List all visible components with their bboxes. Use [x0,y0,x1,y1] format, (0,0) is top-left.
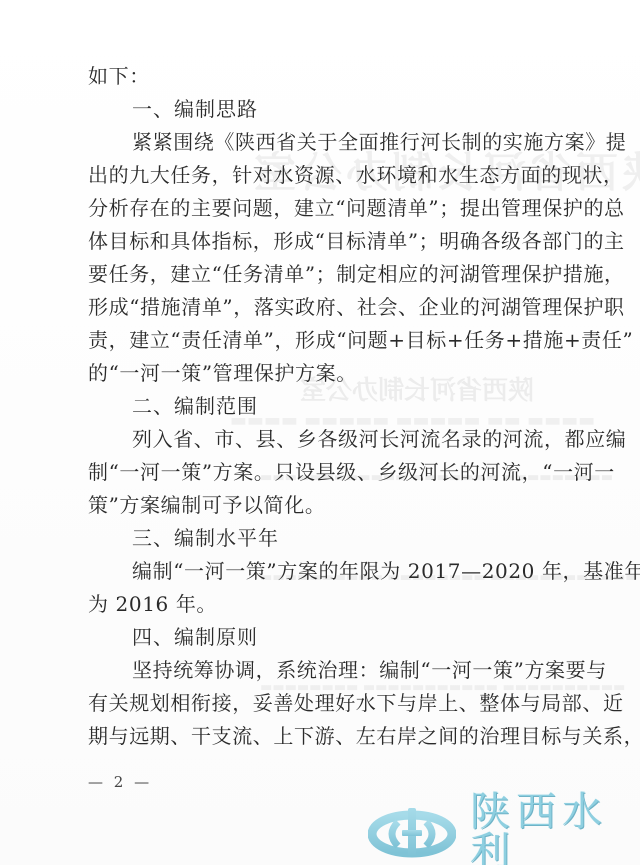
paragraph-line: 策”方案编制可予以简化。 [88,489,550,522]
page-number: — 2 — [88,773,152,791]
paragraph-line: 分析存在的主要问题，建立“问题清单”；提出管理保护的总 [88,192,550,225]
paragraph-line: 要任务，建立“任务清单”；制定相应的河湖管理保护措施， [88,258,550,291]
paragraph-line: 有关规划相衔接，妥善处理好水下与岸上、整体与局部、近 [88,687,550,720]
paragraph-line: 出的九大任务，针对水资源、水环境和水生态方面的现状， [88,159,550,192]
paragraph-line: 编制“一河一策”方案的年限为 2017—2020 年，基准年 [88,555,550,588]
document-body: 如下： 一、编制思路 紧紧围绕《陕西省关于全面推行河长制的实施方案》提 出的九大… [88,60,550,753]
paragraph-line: 为 2016 年。 [88,588,550,621]
paragraph-line: 形成“措施清单”，落实政府、社会、企业的河湖管理保护职 [88,291,550,324]
intro-line: 如下： [88,60,550,93]
watermark: 陕西水利 [368,802,640,862]
section-heading-scope: 二、编制范围 [88,390,550,423]
paragraph-line: 坚持统筹协调，系统治理：编制“一河一策”方案要与 [88,654,550,687]
section-heading-principles: 四、编制原则 [88,621,550,654]
paragraph-line: 体目标和具体指标，形成“目标清单”；明确各级各部门的主 [88,225,550,258]
shaanxi-water-logo-icon [368,806,456,858]
paragraph-line: 期与远期、干支流、上下游、左右岸之间的治理目标与关系， [88,720,550,753]
section-heading-planning-years: 三、编制水平年 [88,522,550,555]
paragraph-line: 制“一河一策”方案。只设县级、乡级河长的河流，“一河一 [88,456,550,489]
paragraph-line: 的“一河一策”管理保护方案。 [88,357,550,390]
paragraph-line: 责，建立“责任清单”，形成“问题+目标+任务+措施+责任” [88,324,550,357]
paragraph-line: 紧紧围绕《陕西省关于全面推行河长制的实施方案》提 [88,126,550,159]
watermark-text: 陕西水利 [470,792,640,865]
section-heading-approach: 一、编制思路 [88,93,550,126]
paragraph-line: 列入省、市、县、乡各级河长河流名录的河流，都应编 [88,423,550,456]
document-page: 陕西省河长制办公室 陕西省河长制办公室 ▬▬▬▬ ▬▬ ▬▬▬▬▬ ▬▬▬▬▬ … [0,0,640,865]
